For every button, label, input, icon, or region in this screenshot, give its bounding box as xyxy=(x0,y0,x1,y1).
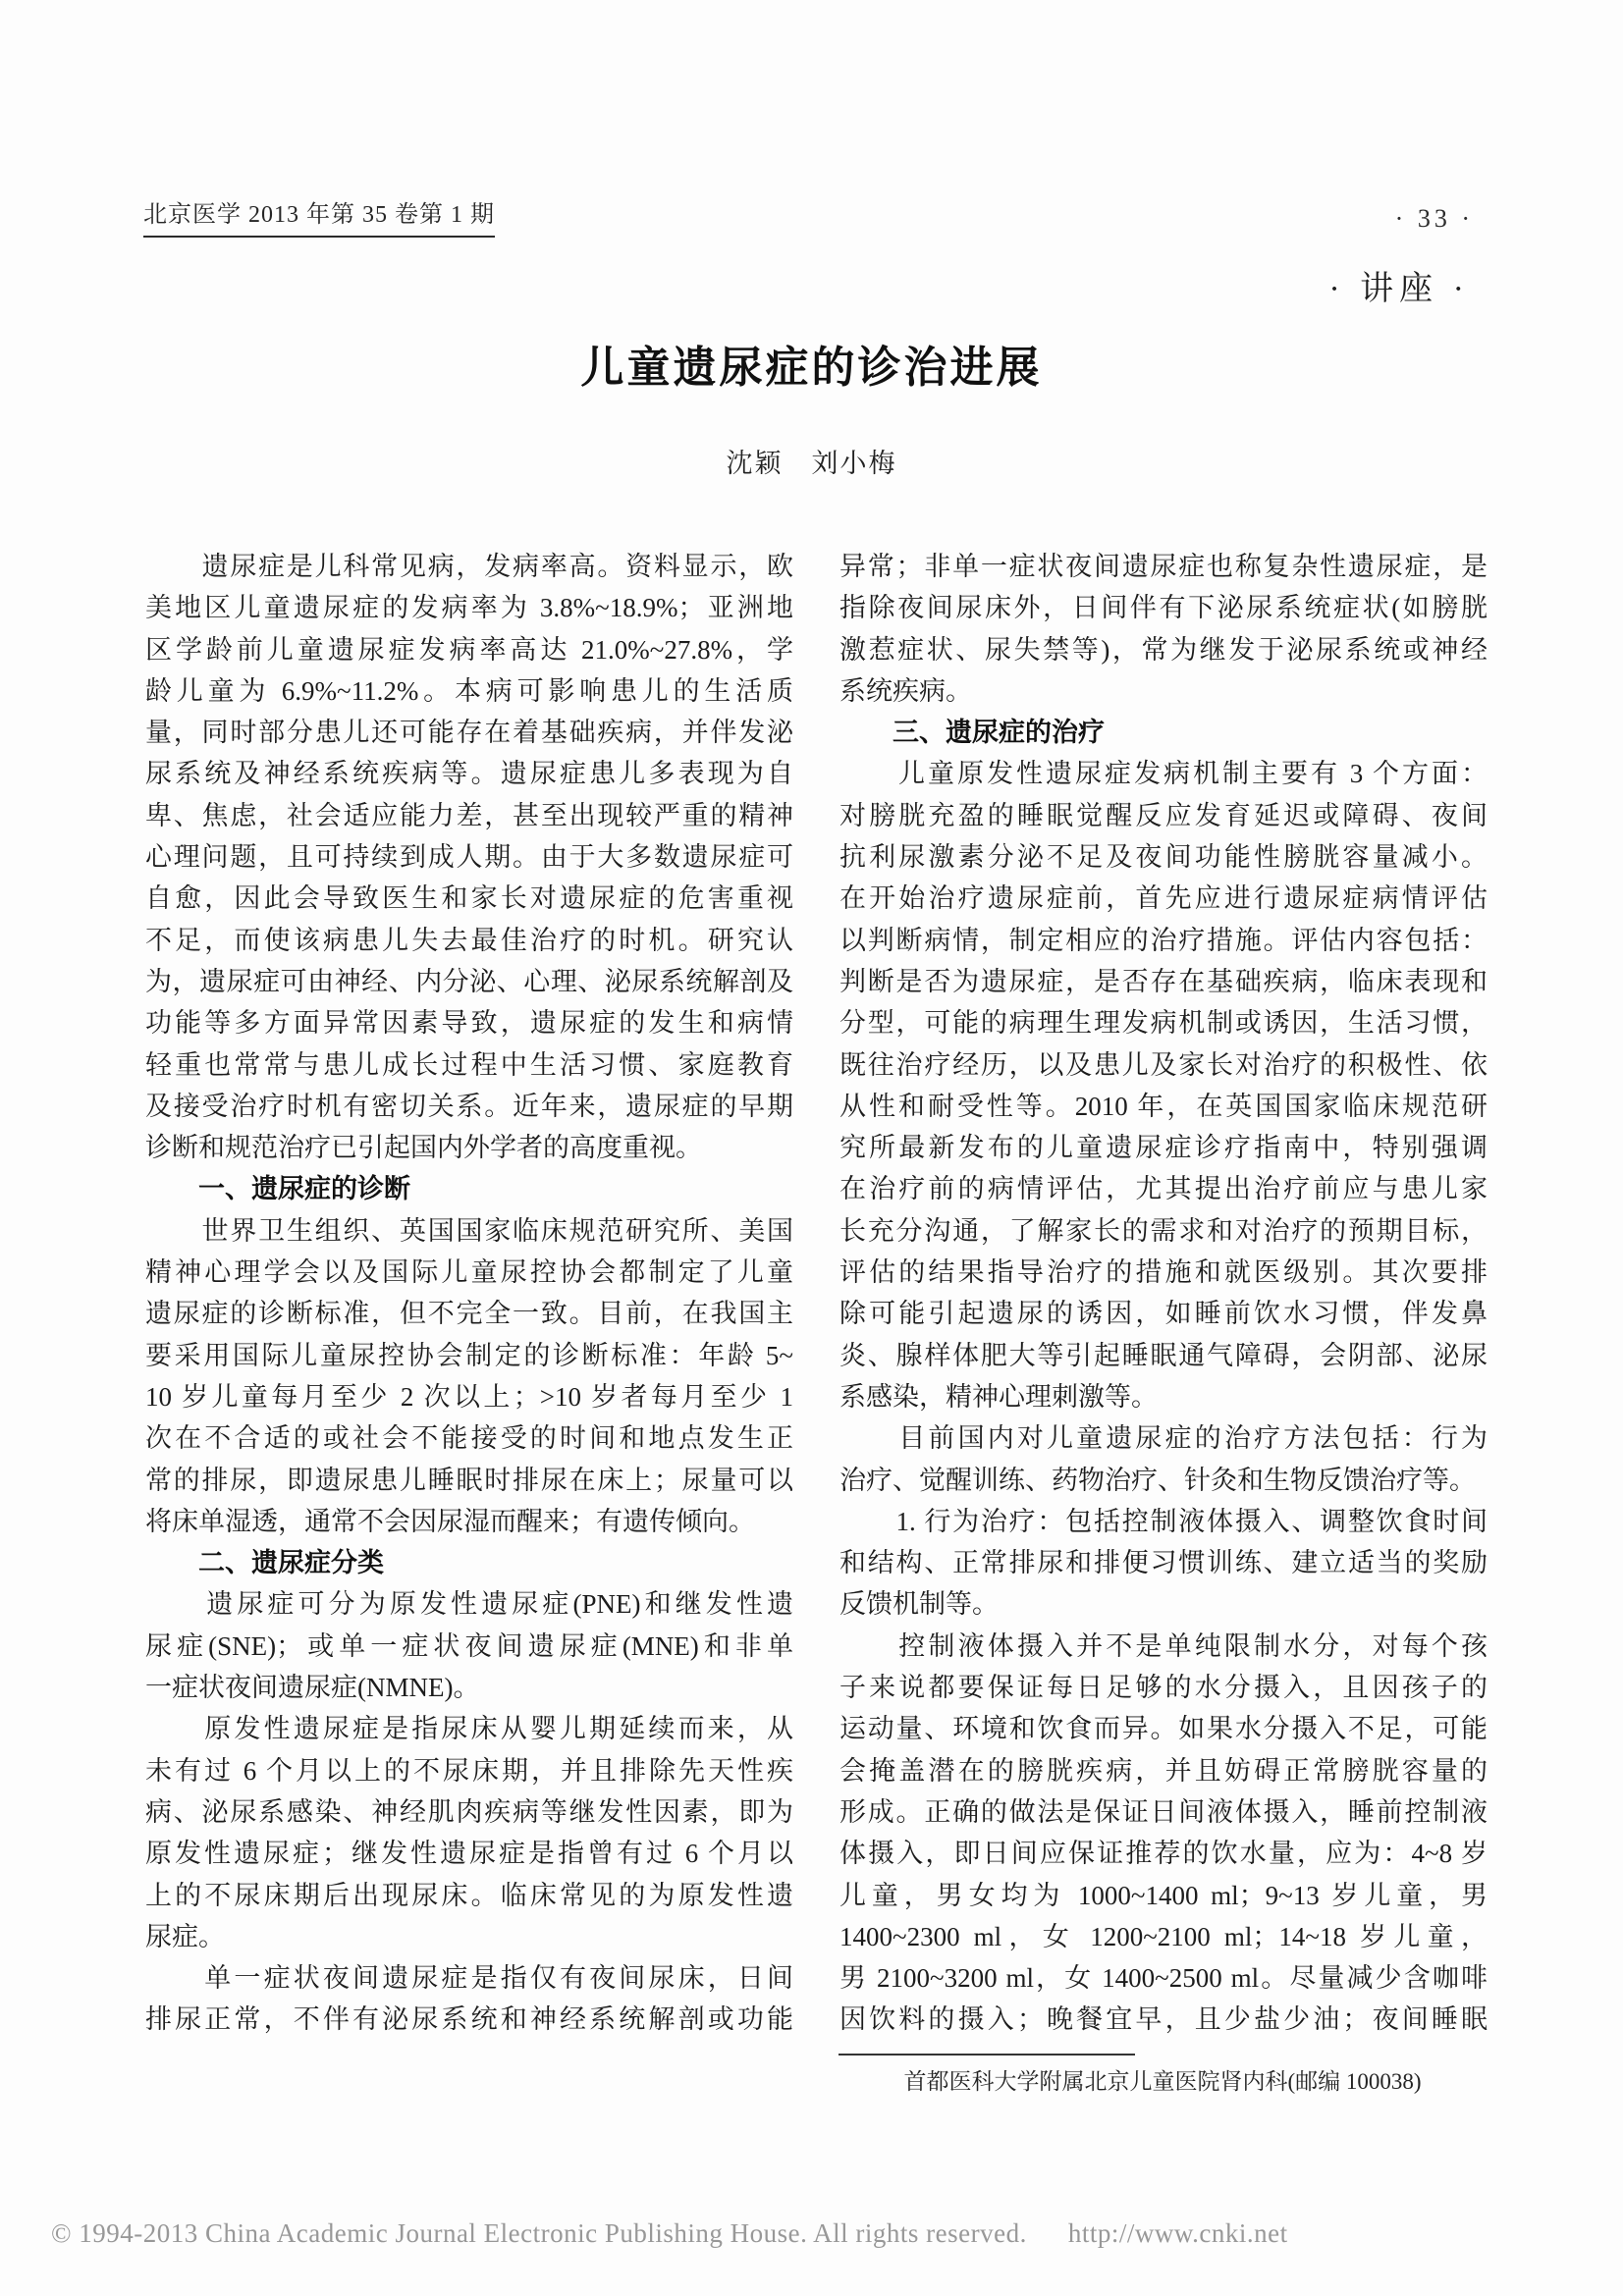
article-body: 遗尿症是儿科常见病，发病率高。资料显示，欧美地区儿童遗尿症的发病率为 3.8%~… xyxy=(145,546,1488,2041)
text-line: 分型，可能的病理生理发病机制或诱因，生活习惯， xyxy=(839,1002,1488,1043)
text-line: 要采用国际儿童尿控协会制定的诊断标准：年龄 5~ xyxy=(145,1335,793,1376)
text-line: 评估的结果指导治疗的措施和就医级别。其次要排 xyxy=(839,1252,1488,1293)
footnote-divider xyxy=(839,2054,1135,2056)
text-line: 判断是否为遗尿症，是否存在基础疾病，临床表现和 xyxy=(839,961,1488,1002)
article-authors: 沈颖 刘小梅 xyxy=(0,442,1623,480)
text-line: 遗尿症的诊断标准，但不完全一致。目前，在我国主 xyxy=(145,1293,793,1334)
text-line: 男 2100~3200 ml，女 1400~2500 ml。尽量减少含咖啡 xyxy=(839,1957,1488,1999)
text-line: 为，遗尿症可由神经、内分泌、心理、泌尿系统解剖及 xyxy=(145,961,793,1002)
author-affiliation-footnote: 首都医科大学附属北京儿童医院肾内科(邮编 100038) xyxy=(839,2063,1487,2096)
text-line: 心理问题，且可持续到成人期。由于大多数遗尿症可 xyxy=(145,836,793,878)
text-line: 控制液体摄入并不是单纯限制水分，对每个孩 xyxy=(839,1626,1488,1667)
text-line: 子来说都要保证每日足够的水分摄入，且因孩子的 xyxy=(839,1667,1488,1708)
text-line: 常的排尿，即遗尿患儿睡眠时排尿在床上；尿量可以 xyxy=(145,1460,793,1501)
text-line: 轻重也常常与患儿成长过程中生活习惯、家庭教育 xyxy=(145,1044,793,1086)
text-line: 排尿正常，不伴有泌尿系统和神经系统解剖或功能 xyxy=(145,1999,793,2040)
text-line: 运动量、环境和饮食而异。如果水分摄入不足，可能 xyxy=(839,1708,1488,1749)
text-line: 遗尿症是儿科常见病，发病率高。资料显示，欧 xyxy=(145,546,793,587)
text-line: 不足，而使该病患儿失去最佳治疗的时机。研究认 xyxy=(145,920,793,961)
text-line: 单一症状夜间遗尿症是指仅有夜间尿床，日间 xyxy=(145,1957,793,1999)
text-line: 次在不合适的或社会不能接受的时间和地点发生正 xyxy=(145,1417,793,1459)
text-line: 世界卫生组织、英国国家临床规范研究所、美国 xyxy=(145,1210,793,1252)
right-column: 异常；非单一症状夜间遗尿症也称复杂性遗尿症，是指除夜间尿床外，日间伴有下泌尿系统… xyxy=(839,546,1488,2041)
copyright-text: © 1994-2013 China Academic Journal Elect… xyxy=(51,2218,1027,2248)
text-line: 美地区儿童遗尿症的发病率为 3.8%~18.9%；亚洲地 xyxy=(145,587,793,628)
text-line: 龄儿童为 6.9%~11.2%。本病可影响患儿的生活质 xyxy=(145,670,793,712)
text-line: 和结构、正常排尿和排便习惯训练、建立适当的奖励 xyxy=(839,1542,1488,1583)
text-line: 未有过 6 个月以上的不尿床期，并且排除先天性疾 xyxy=(145,1750,793,1791)
cnki-url: http://www.cnki.net xyxy=(1068,2218,1288,2248)
text-line: 因饮料的摄入；晚餐宜早，且少盐少油；夜间睡眠 xyxy=(839,1999,1488,2040)
text-line: 原发性遗尿症；继发性遗尿症是指曾有过 6 个月以 xyxy=(145,1833,793,1874)
text-line: 儿童原发性遗尿症发病机制主要有 3 个方面： xyxy=(839,753,1488,794)
text-line: 遗尿症可分为原发性遗尿症(PNE)和继发性遗 xyxy=(145,1583,793,1625)
text-line: 形成。正确的做法是保证日间液体摄入，睡前控制液 xyxy=(839,1791,1488,1833)
text-line: 目前国内对儿童遗尿症的治疗方法包括：行为 xyxy=(839,1417,1488,1459)
page-number: · 33 · xyxy=(1395,204,1474,234)
text-line: 尿系统及神经系统疾病等。遗尿症患儿多表现为自 xyxy=(145,753,793,794)
text-line: 从性和耐受性等。2010 年，在英国国家临床规范研 xyxy=(839,1086,1488,1127)
text-line: 指除夜间尿床外，日间伴有下泌尿系统症状(如膀胱 xyxy=(839,587,1488,628)
text-line: 治疗、觉醒训练、药物治疗、针灸和生物反馈治疗等。 xyxy=(839,1460,1488,1501)
text-line: 在治疗前的病情评估，尤其提出治疗前应与患儿家 xyxy=(839,1168,1488,1209)
article-title: 儿童遗尿症的诊治进展 xyxy=(0,332,1623,395)
left-column: 遗尿症是儿科常见病，发病率高。资料显示，欧美地区儿童遗尿症的发病率为 3.8%~… xyxy=(145,546,793,2041)
text-line: 功能等多方面异常因素导致，遗尿症的发生和病情 xyxy=(145,1002,793,1043)
text-line: 尿症。 xyxy=(145,1916,793,1957)
text-line: 卑、焦虑，社会适应能力差，甚至出现较严重的精神 xyxy=(145,795,793,836)
text-line: 抗利尿激素分泌不足及夜间功能性膀胱容量减小。 xyxy=(839,836,1488,878)
text-line: 系感染，精神心理刺激等。 xyxy=(839,1376,1488,1417)
section-label: · 讲座 · xyxy=(1328,261,1470,309)
text-line: 反馈机制等。 xyxy=(839,1583,1488,1625)
text-line: 病、泌尿系感染、神经肌肉疾病等继发性因素，即为 xyxy=(145,1791,793,1833)
text-line: 在开始治疗遗尿症前，首先应进行遗尿症病情评估 xyxy=(839,878,1488,919)
copyright-footer: © 1994-2013 China Academic Journal Elect… xyxy=(51,2218,1524,2249)
text-line: 炎、腺样体肥大等引起睡眠通气障碍，会阴部、泌尿 xyxy=(839,1335,1488,1376)
text-line: 究所最新发布的儿童遗尿症诊疗指南中，特别强调 xyxy=(839,1127,1488,1168)
text-line: 除可能引起遗尿的诱因，如睡前饮水习惯，伴发鼻 xyxy=(839,1293,1488,1334)
text-line: 1. 行为治疗：包括控制液体摄入、调整饮食时间 xyxy=(839,1501,1488,1542)
text-line: 及接受治疗时机有密切关系。近年来，遗尿症的早期 xyxy=(145,1086,793,1127)
text-line: 1400~2300 ml，女 1200~2100 ml；14~18 岁儿童， xyxy=(839,1916,1488,1957)
text-line: 自愈，因此会导致医生和家长对遗尿症的危害重视 xyxy=(145,878,793,919)
text-line: 将床单湿透，通常不会因尿湿而醒来；有遗传倾向。 xyxy=(145,1501,793,1542)
journal-page: 北京医学 2013 年第 35 卷第 1 期 · 33 · · 讲座 · 儿童遗… xyxy=(0,0,1623,2296)
text-line: 既往治疗经历，以及患儿及家长对治疗的积极性、依 xyxy=(839,1044,1488,1086)
text-line: 10 岁儿童每月至少 2 次以上；>10 岁者每月至少 1 xyxy=(145,1376,793,1417)
text-line: 尿症(SNE)；或单一症状夜间遗尿症(MNE)和非单 xyxy=(145,1626,793,1667)
text-line: 体摄入，即日间应保证推荐的饮水量，应为：4~8 岁 xyxy=(839,1833,1488,1874)
text-line: 系统疾病。 xyxy=(839,670,1488,712)
text-line: 儿童，男女均为 1000~1400 ml；9~13 岁儿童，男 xyxy=(839,1875,1488,1916)
text-line: 以判断病情，制定相应的治疗措施。评估内容包括： xyxy=(839,920,1488,961)
text-line: 会掩盖潜在的膀胱疾病，并且妨碍正常膀胱容量的 xyxy=(839,1750,1488,1791)
text-line: 对膀胱充盈的睡眠觉醒反应发育延迟或障碍、夜间 xyxy=(839,795,1488,836)
text-line: 长充分沟通，了解家长的需求和对治疗的预期目标， xyxy=(839,1210,1488,1252)
text-line: 诊断和规范治疗已引起国内外学者的高度重视。 xyxy=(145,1127,793,1168)
section-heading: 一、遗尿症的诊断 xyxy=(145,1168,793,1209)
text-line: 精神心理学会以及国际儿童尿控协会都制定了儿童 xyxy=(145,1252,793,1293)
section-heading: 二、遗尿症分类 xyxy=(145,1542,793,1583)
text-line: 异常；非单一症状夜间遗尿症也称复杂性遗尿症，是 xyxy=(839,546,1488,587)
text-line: 区学龄前儿童遗尿症发病率高达 21.0%~27.8%，学 xyxy=(145,629,793,670)
text-line: 量，同时部分患儿还可能存在着基础疾病，并伴发泌 xyxy=(145,712,793,753)
journal-issue-header: 北京医学 2013 年第 35 卷第 1 期 xyxy=(143,194,495,238)
text-line: 原发性遗尿症是指尿床从婴儿期延续而来，从 xyxy=(145,1708,793,1749)
section-heading: 三、遗尿症的治疗 xyxy=(839,712,1488,753)
text-line: 一症状夜间遗尿症(NMNE)。 xyxy=(145,1667,793,1708)
text-line: 激惹症状、尿失禁等)，常为继发于泌尿系统或神经 xyxy=(839,629,1488,670)
text-line: 上的不尿床期后出现尿床。临床常见的为原发性遗 xyxy=(145,1875,793,1916)
